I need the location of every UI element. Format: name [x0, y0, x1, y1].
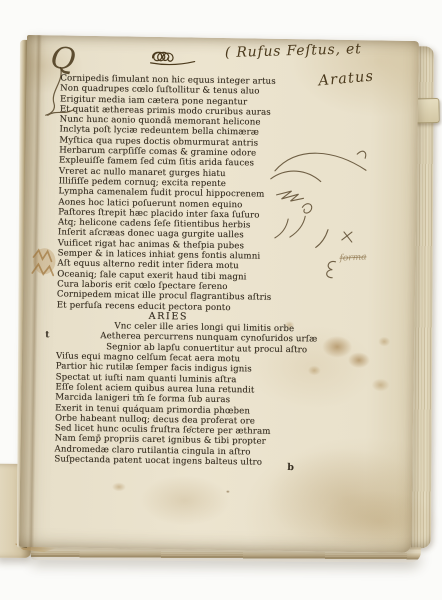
foxing-stain [112, 482, 126, 491]
pen-scribble-icon [147, 47, 199, 68]
q-flourish-tail-icon [44, 65, 81, 120]
gutter-crease [28, 35, 42, 547]
guide-letter: t [45, 330, 49, 340]
margin-sketch-icon [28, 241, 59, 289]
signature-mark: b [287, 462, 294, 473]
foxing-stain [348, 352, 370, 368]
handwriting-author-note: Aratus [318, 68, 375, 89]
foxing-stain [378, 336, 390, 346]
water-stain [139, 475, 230, 526]
page-leaf: Cornipedis ſimulant non hic equus intege… [19, 35, 419, 553]
book-photograph: Cornipedis ſimulant non hic equus intege… [0, 0, 442, 600]
pen-trials-icon [267, 143, 371, 281]
ink-speck [226, 490, 230, 493]
foxing-stain [371, 378, 389, 391]
handwriting-top-note: ( Rufus Feſtus, et [225, 41, 362, 61]
